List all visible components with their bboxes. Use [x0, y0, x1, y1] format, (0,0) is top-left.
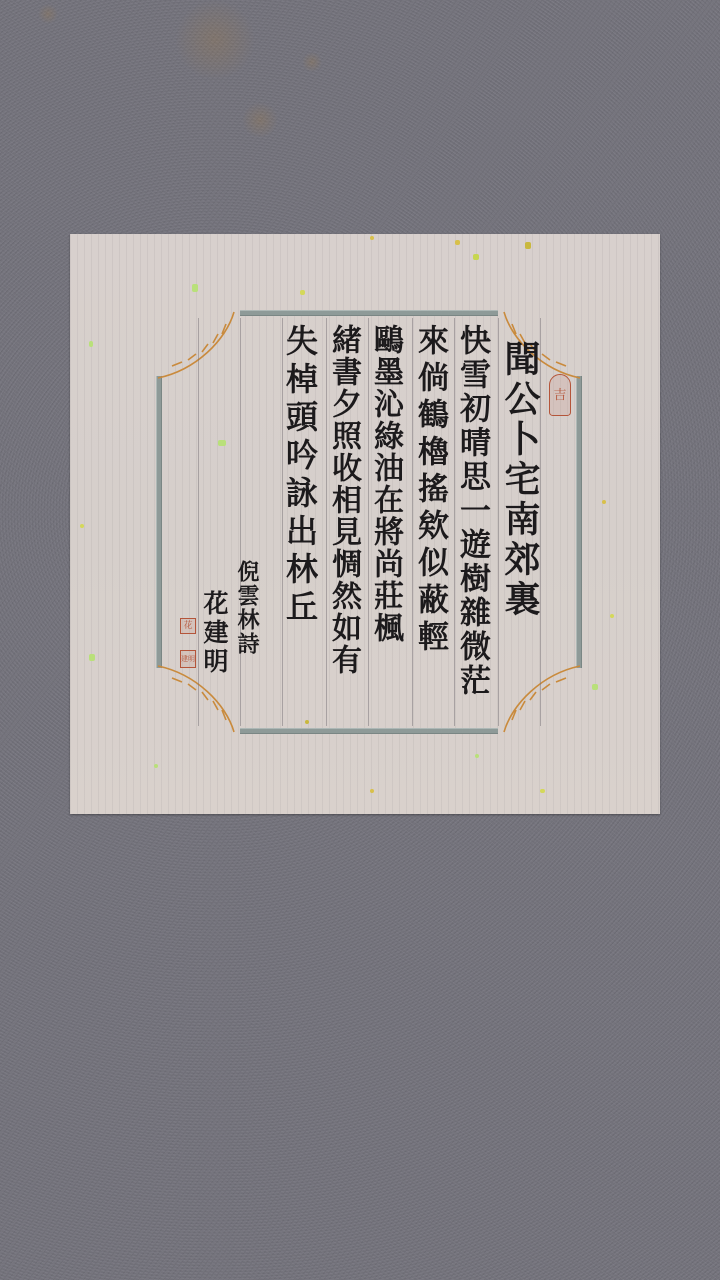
poem-column-6: 失棹頭吟詠出林丘 [284, 324, 316, 628]
artist-signature: 花建明 [196, 590, 232, 677]
poem-column-1: 聞公卜宅南郊裏 [502, 340, 538, 620]
gold-fleck [455, 240, 460, 245]
gold-fleck [592, 684, 598, 690]
ornamental-frame: 聞公卜宅南郊裏 快雪初晴思一遊樹雜微茫 來倘鶴櫓搖欸似蔽輕 鷗墨沁綠油在將尚莊楓… [156, 310, 582, 734]
name-seal-top: 花 [180, 618, 196, 634]
frame-left-border [156, 376, 162, 668]
gold-fleck [475, 754, 479, 758]
poem-column-4: 鷗墨沁綠油在將尚莊楓 [370, 324, 400, 644]
gold-fleck [192, 284, 198, 292]
gold-fleck [473, 254, 479, 260]
gold-fleck [602, 500, 606, 504]
gold-fleck [89, 654, 95, 661]
poem-column-3: 來倘鶴櫓搖欸似蔽輕 [414, 324, 445, 657]
frame-bottom-border [240, 728, 498, 734]
name-seal-bottom: 建明 [180, 650, 196, 668]
poem-column-2: 快雪初晴思一遊樹雜微茫 [456, 324, 487, 698]
gold-fleck [89, 341, 93, 347]
frame-top-border [240, 310, 498, 316]
gold-fleck [370, 236, 374, 240]
calligraphy-paper: 聞公卜宅南郊裏 快雪初晴思一遊樹雜微茫 來倘鶴櫓搖欸似蔽輕 鷗墨沁綠油在將尚莊楓… [70, 234, 660, 814]
gold-fleck [80, 524, 84, 528]
lead-seal: 吉 [549, 374, 571, 416]
frame-right-border [576, 376, 582, 668]
gold-fleck [154, 764, 158, 768]
gold-fleck [300, 290, 305, 295]
ruled-line [240, 318, 241, 726]
poem-column-5: 緒書夕照收相見惆然如有 [328, 324, 358, 676]
gold-fleck [540, 789, 545, 793]
gold-fleck [610, 614, 614, 618]
gold-fleck [370, 789, 374, 793]
poem-attribution: 倪雲林詩 [232, 560, 263, 656]
gold-fleck [525, 242, 531, 249]
